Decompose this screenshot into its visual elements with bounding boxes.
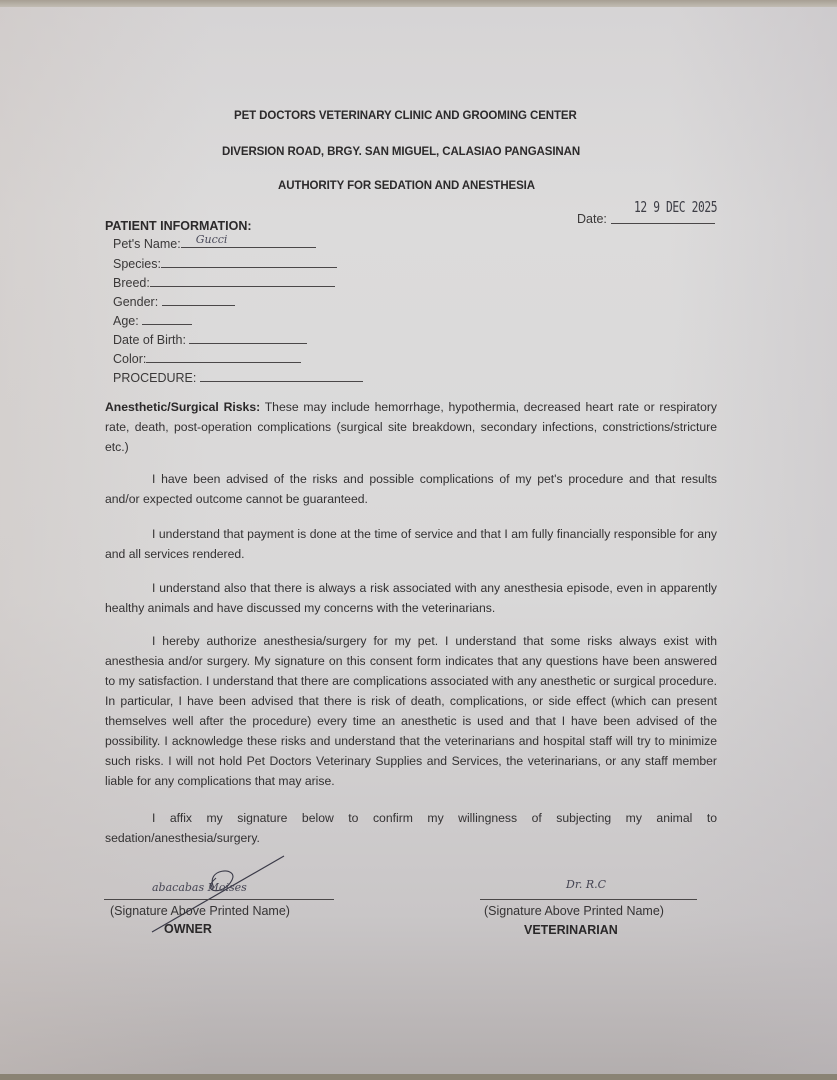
field-line	[161, 256, 337, 268]
clinic-address: DIVERSION ROAD, BRGY. SAN MIGUEL, CALASI…	[222, 146, 580, 158]
field-age[interactable]: Age:	[113, 313, 192, 328]
field-breed[interactable]: Breed:	[113, 275, 335, 290]
field-color[interactable]: Color:	[113, 351, 301, 366]
date-field-line	[611, 222, 715, 224]
field-label: Date of Birth:	[113, 333, 186, 347]
veterinarian-signature-line	[480, 899, 697, 900]
consent-paragraph-affix: I affix my signature below to confirm my…	[105, 808, 717, 848]
veterinarian-signature-block[interactable]: Dr. R.C (Signature Above Printed Name) V…	[478, 870, 703, 945]
owner-signature-line	[104, 899, 334, 900]
veterinarian-handwritten-name: Dr. R.C	[566, 878, 606, 891]
field-label: Age:	[113, 314, 139, 328]
risks-paragraph: Anesthetic/Surgical Risks: These may inc…	[105, 397, 717, 457]
risks-label: Anesthetic/Surgical Risks:	[105, 400, 260, 414]
field-label: Species:	[113, 257, 161, 271]
field-line	[146, 351, 301, 363]
field-gender[interactable]: Gender:	[113, 294, 235, 309]
form-title: AUTHORITY FOR SEDATION AND ANESTHESIA	[278, 180, 535, 192]
patient-info-heading: PATIENT INFORMATION:	[105, 219, 252, 233]
date-stamp: 12 9 DEC 2025	[634, 198, 717, 216]
field-species[interactable]: Species:	[113, 256, 337, 271]
field-line	[150, 275, 335, 287]
consent-paragraph-authorization: I hereby authorize anesthesia/surgery fo…	[105, 631, 717, 791]
consent-paragraph-advised: I have been advised of the risks and pos…	[105, 469, 717, 509]
consent-paragraph-payment: I understand that payment is done at the…	[105, 524, 717, 564]
owner-handwritten-name: abacabas Moises	[152, 881, 247, 894]
consent-paragraph-risk: I understand also that there is always a…	[105, 578, 717, 618]
paper-bottom-edge	[0, 1074, 837, 1080]
field-label: Gender:	[113, 295, 158, 309]
field-procedure[interactable]: PROCEDURE:	[113, 370, 363, 385]
owner-signature-caption: (Signature Above Printed Name)	[110, 904, 290, 918]
field-pets-name[interactable]: Pet's Name:Gucci	[113, 236, 316, 251]
field-label: Color:	[113, 352, 146, 366]
field-line	[142, 313, 192, 325]
field-date-of-birth[interactable]: Date of Birth:	[113, 332, 307, 347]
veterinarian-signature-caption: (Signature Above Printed Name)	[484, 904, 664, 918]
field-label: PROCEDURE:	[113, 371, 196, 385]
field-label: Breed:	[113, 276, 150, 290]
date-label: Date:	[577, 212, 607, 226]
veterinarian-role-label: VETERINARIAN	[524, 923, 618, 937]
field-line: Gucci	[181, 236, 316, 248]
clinic-name: PET DOCTORS VETERINARY CLINIC AND GROOMI…	[234, 110, 577, 122]
field-label: Pet's Name:	[113, 237, 181, 251]
field-line	[162, 294, 235, 306]
field-line	[189, 332, 307, 344]
owner-signature-block[interactable]: abacabas Moises (Signature Above Printed…	[104, 848, 339, 938]
pets-name-handwritten: Gucci	[196, 233, 228, 246]
owner-role-label: OWNER	[164, 922, 212, 936]
field-line	[200, 370, 363, 382]
